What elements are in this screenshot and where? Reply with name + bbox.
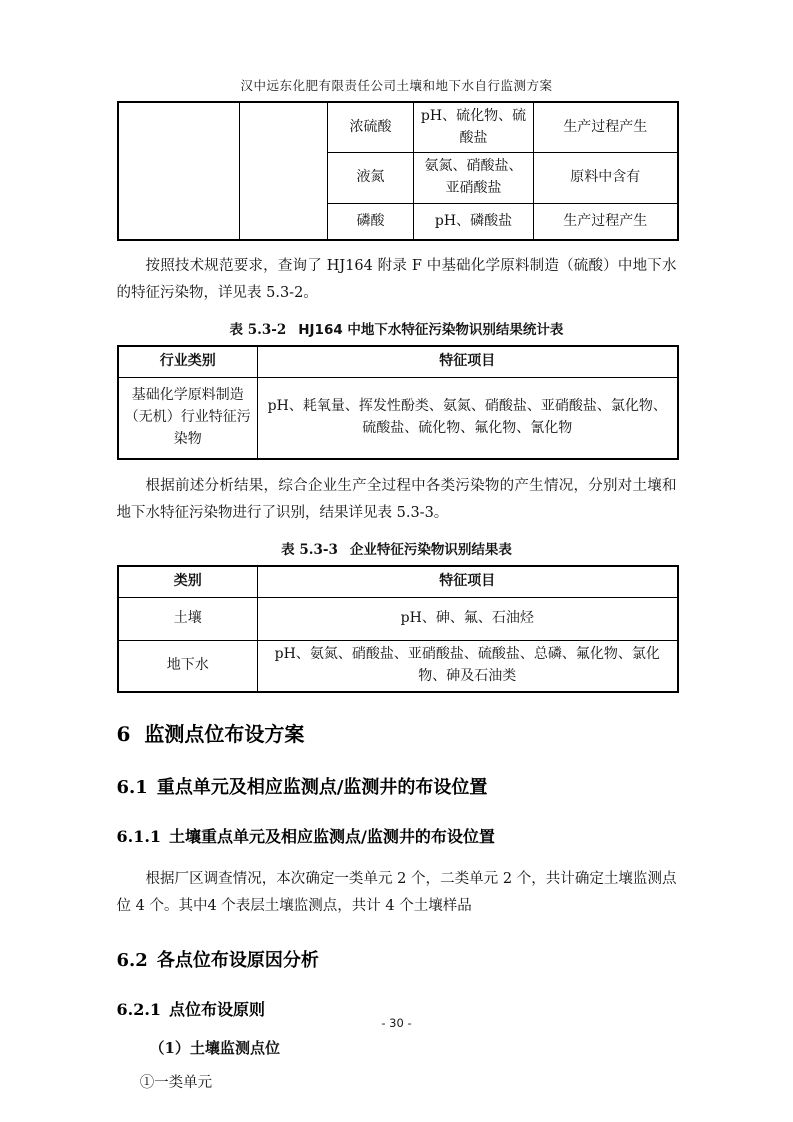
- heading-number: 6.1: [117, 777, 148, 798]
- medium-category-cell: 土壤: [118, 597, 258, 640]
- pollutant-source-continuation-table: 浓硫酸 pH、硫化物、硫酸盐 生产过程产生 液氮 氨氮、硝酸盐、亚硝酸盐 原料中…: [117, 101, 679, 241]
- table-5-3-3-caption: 表 5.3-3企业特征污染物识别结果表: [117, 538, 677, 558]
- body-paragraph: 根据前述分析结果，综合企业生产全过程中各类污染物的产生情况，分别对土壤和地下水特…: [117, 473, 677, 527]
- material-cell: 磷酸: [328, 203, 414, 240]
- enterprise-pollutant-table-5-3-3: 类别 特征项目 土壤 pH、砷、氟、石油烃 地下水 pH、氨氮、硝酸盐、亚硝酸盐…: [117, 565, 679, 693]
- heading-number: 6: [117, 722, 131, 746]
- section-heading-6-1-1: 6.1.1土壤重点单元及相应监测点/监测井的布设位置: [117, 824, 677, 847]
- material-cell: 液氮: [328, 153, 414, 203]
- industry-category-cell: 基础化学原料制造（无机）行业特征污染物: [118, 377, 258, 459]
- heading-text: 监测点位布设方案: [144, 722, 304, 746]
- heading-text: 土壤重点单元及相应监测点/监测井的布设位置: [169, 827, 495, 846]
- heading-number: 6.1.1: [117, 827, 162, 846]
- subsection-item-soil-points: （1）土壤监测点位: [117, 1037, 677, 1058]
- pollutant-items-cell: 氨氮、硝酸盐、亚硝酸盐: [414, 153, 534, 203]
- table-row: 基础化学原料制造（无机）行业特征污染物 pH、耗氧量、挥发性酚类、氨氮、硝酸盐、…: [118, 377, 678, 459]
- origin-cell: 原料中含有: [534, 153, 678, 203]
- section-heading-6-2: 6.2各点位布设原因分析: [117, 946, 677, 972]
- column-header: 类别: [118, 566, 258, 597]
- page-content: 汉中远东化肥有限责任公司土壤和地下水自行监测方案 浓硫酸 pH、硫化物、硫酸盐 …: [117, 0, 677, 1092]
- page-header-title: 汉中远东化肥有限责任公司土壤和地下水自行监测方案: [117, 76, 677, 94]
- material-cell: 浓硫酸: [328, 102, 414, 153]
- body-paragraph: 根据厂区调查情况，本次确定一类单元 2 个，二类单元 2 个，共计确定土壤监测点…: [117, 866, 677, 920]
- section-heading-6-1: 6.1重点单元及相应监测点/监测井的布设位置: [117, 773, 677, 799]
- pollutant-items-cell: pH、硫化物、硫酸盐: [414, 102, 534, 153]
- table-header-row: 类别 特征项目: [118, 566, 678, 597]
- table-caption-text: 企业特征污染物识别结果表: [350, 542, 512, 558]
- heading-number: 6.2: [117, 950, 148, 971]
- column-header: 特征项目: [258, 346, 678, 377]
- body-paragraph: 按照技术规范要求，查询了 HJ164 附录 F 中基础化学原料制造（硫酸）中地下…: [117, 253, 677, 307]
- table-row: 浓硫酸 pH、硫化物、硫酸盐 生产过程产生: [118, 102, 678, 153]
- heading-text: 重点单元及相应监测点/监测井的布设位置: [157, 777, 488, 798]
- heading-text: 各点位布设原因分析: [157, 950, 319, 971]
- table-5-3-2-caption: 表 5.3-2HJ164 中地下水特征污染物识别结果统计表: [117, 318, 677, 338]
- document-page: 汉中远东化肥有限责任公司土壤和地下水自行监测方案 浓硫酸 pH、硫化物、硫酸盐 …: [0, 0, 793, 1122]
- table-header-row: 行业类别 特征项目: [118, 346, 678, 377]
- characteristic-items-cell: pH、耗氧量、挥发性酚类、氨氮、硝酸盐、亚硝酸盐、氯化物、硫酸盐、硫化物、氟化物…: [258, 377, 678, 459]
- merged-empty-cell: [240, 102, 328, 240]
- table-caption-label: 表 5.3-2: [230, 322, 287, 338]
- merged-empty-cell: [118, 102, 240, 240]
- table-caption-text: HJ164 中地下水特征污染物识别结果统计表: [298, 322, 563, 338]
- groundwater-pollutant-table-5-3-2: 行业类别 特征项目 基础化学原料制造（无机）行业特征污染物 pH、耗氧量、挥发性…: [117, 345, 679, 460]
- column-header: 特征项目: [258, 566, 678, 597]
- table-caption-label: 表 5.3-3: [281, 542, 338, 558]
- origin-cell: 生产过程产生: [534, 102, 678, 153]
- characteristic-items-cell: pH、砷、氟、石油烃: [258, 597, 678, 640]
- pollutant-items-cell: pH、磷酸盐: [414, 203, 534, 240]
- column-header: 行业类别: [118, 346, 258, 377]
- medium-category-cell: 地下水: [118, 640, 258, 692]
- subsection-item-class1-unit: ①一类单元: [117, 1071, 677, 1092]
- table-row: 地下水 pH、氨氮、硝酸盐、亚硝酸盐、硫酸盐、总磷、氟化物、氯化物、砷及石油类: [118, 640, 678, 692]
- table-row: 土壤 pH、砷、氟、石油烃: [118, 597, 678, 640]
- characteristic-items-cell: pH、氨氮、硝酸盐、亚硝酸盐、硫酸盐、总磷、氟化物、氯化物、砷及石油类: [258, 640, 678, 692]
- page-number: - 30 -: [0, 1016, 793, 1030]
- section-heading-6: 6监测点位布设方案: [117, 718, 677, 747]
- origin-cell: 生产过程产生: [534, 203, 678, 240]
